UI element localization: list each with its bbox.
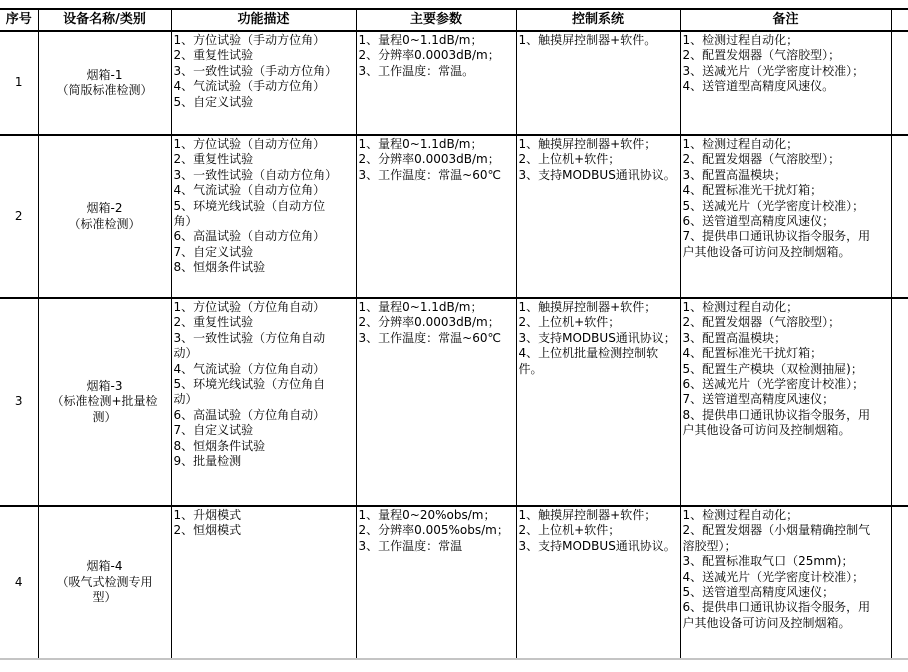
table-row: 3 烟箱-3 （标准检测+批量检 测） 1、方位试验（方位角自动） 2、重复性试…	[0, 298, 908, 506]
cell-control-system: 1、触摸屏控制器+软件； 2、上位机+软件； 3、支持MODBUS通讯协议。	[516, 135, 680, 298]
header-cell-main-params: 主要参数	[356, 9, 516, 31]
cell-main-params: 1、量程0~1.1dB/m； 2、分辨率0.0003dB/m； 3、工作温度：常…	[356, 31, 516, 135]
cell-remarks: 1、检测过程自动化； 2、配置发烟器（气溶胶型）； 3、送减光片（光学密度计校准…	[680, 31, 891, 135]
cell-main-params: 1、量程0~1.1dB/m； 2、分辨率0.0003dB/m； 3、工作温度：常…	[356, 298, 516, 506]
header-cell-clipped	[891, 9, 908, 31]
header-cell-remarks: 备注	[680, 9, 891, 31]
header-cell-device-name: 设备名称/类别	[38, 9, 171, 31]
cell-clipped	[891, 135, 908, 298]
cell-index: 1	[0, 31, 38, 135]
cell-control-system: 1、触摸屏控制器+软件； 2、上位机+软件； 3、支持MODBUS通讯协议。	[516, 506, 680, 659]
cell-control-system: 1、触摸屏控制器+软件。	[516, 31, 680, 135]
cell-main-params: 1、量程0~1.1dB/m； 2、分辨率0.0003dB/m； 3、工作温度：常…	[356, 135, 516, 298]
cell-control-system: 1、触摸屏控制器+软件； 2、上位机+软件； 3、支持MODBUS通讯协议； 4…	[516, 298, 680, 506]
header-row: 序号 设备名称/类别 功能描述 主要参数 控制系统 备注	[0, 9, 908, 31]
cell-remarks: 1、检测过程自动化； 2、配置发烟器（气溶胶型）； 3、配置高温模块； 4、配置…	[680, 298, 891, 506]
cell-index: 2	[0, 135, 38, 298]
table-row: 2 烟箱-2 （标准检测） 1、方位试验（自动方位角） 2、重复性试验 3、一致…	[0, 135, 908, 298]
cell-clipped	[891, 31, 908, 135]
cell-clipped	[891, 298, 908, 506]
cell-device-name: 烟箱-4 （吸气式检测专用 型）	[38, 506, 171, 659]
header-cell-function-desc: 功能描述	[171, 9, 356, 31]
cell-function-desc: 1、方位试验（手动方位角） 2、重复性试验 3、一致性试验（手动方位角） 4、气…	[171, 31, 356, 135]
equipment-spec-table: 序号 设备名称/类别 功能描述 主要参数 控制系统 备注 1 烟箱-1 （简版标…	[0, 8, 908, 660]
cell-function-desc: 1、方位试验（方位角自动） 2、重复性试验 3、一致性试验（方位角自动 动） 4…	[171, 298, 356, 506]
cell-device-name: 烟箱-2 （标准检测）	[38, 135, 171, 298]
cell-remarks: 1、检测过程自动化； 2、配置发烟器（小烟量精确控制气 溶胶型）； 3、配置标准…	[680, 506, 891, 659]
cell-function-desc: 1、升烟模式 2、恒烟模式	[171, 506, 356, 659]
cell-function-desc: 1、方位试验（自动方位角） 2、重复性试验 3、一致性试验（自动方位角） 4、气…	[171, 135, 356, 298]
spec-sheet-page: 序号 设备名称/类别 功能描述 主要参数 控制系统 备注 1 烟箱-1 （简版标…	[0, 0, 908, 672]
table-row: 1 烟箱-1 （简版标准检测） 1、方位试验（手动方位角） 2、重复性试验 3、…	[0, 31, 908, 135]
table-row: 4 烟箱-4 （吸气式检测专用 型） 1、升烟模式 2、恒烟模式 1、量程0~2…	[0, 506, 908, 659]
cell-device-name: 烟箱-3 （标准检测+批量检 测）	[38, 298, 171, 506]
cell-remarks: 1、检测过程自动化； 2、配置发烟器（气溶胶型）； 3、配置高温模块； 4、配置…	[680, 135, 891, 298]
cell-index: 3	[0, 298, 38, 506]
cell-device-name: 烟箱-1 （简版标准检测）	[38, 31, 171, 135]
cell-index: 4	[0, 506, 38, 659]
cell-main-params: 1、量程0~20%obs/m； 2、分辨率0.005%obs/m； 3、工作温度…	[356, 506, 516, 659]
header-cell-index: 序号	[0, 9, 38, 31]
header-cell-control-system: 控制系统	[516, 9, 680, 31]
cell-clipped	[891, 506, 908, 659]
